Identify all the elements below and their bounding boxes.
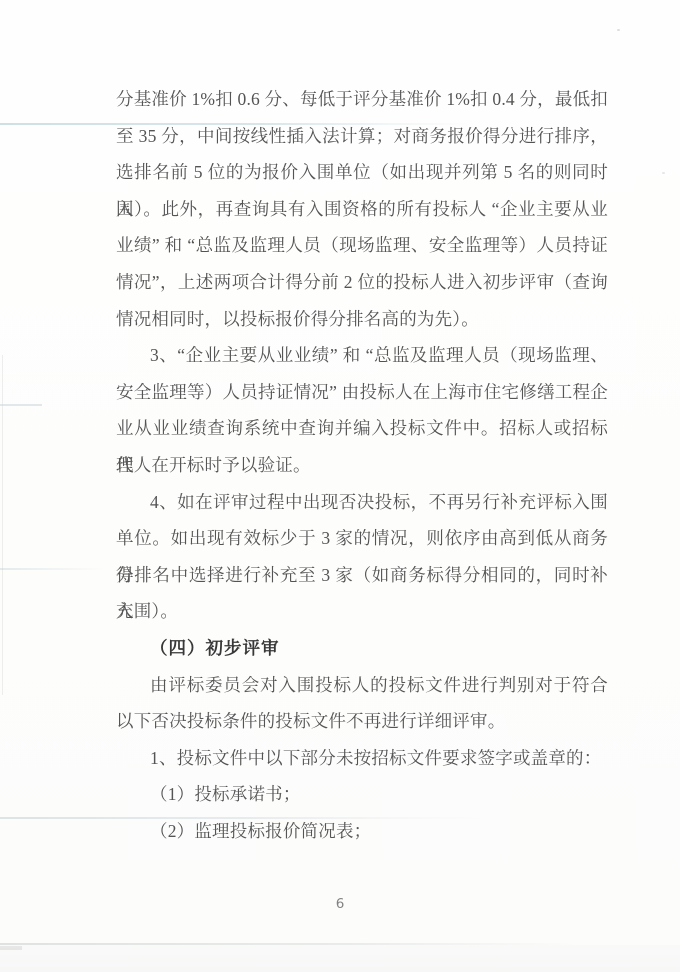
text-line: 单位。如出现有效标少于 3 家的情况，则依序由高到低从商务得 xyxy=(116,520,608,557)
text-line: 分基准价 1%扣 0.6 分、每低于评分基准价 1%扣 0.4 分，最低扣 xyxy=(116,81,608,118)
text-line: 业绩” 和 “总监及监理人员（现场监理、安全监理等）人员持证 xyxy=(116,227,608,264)
text-line: 由评标委员会对入围投标人的投标文件进行判别对于符合 xyxy=(116,667,608,704)
text-line: 入围）。 xyxy=(116,593,608,630)
scan-artifact-bottom-stub xyxy=(0,946,22,950)
scan-artifact-line-stub xyxy=(0,568,105,570)
text-line: 分排名中选择进行补充至 3 家（如商务标得分相同的，同时补充 xyxy=(116,557,608,594)
text-line: 1、投标文件中以下部分未按招标文件要求签字或盖章的： xyxy=(116,740,608,777)
text-line: 以下否决投标条件的投标文件不再进行详细评审。 xyxy=(116,703,608,740)
scan-artifact-left-edge xyxy=(2,355,3,695)
text-line: 3、“企业主要从业业绩” 和 “总监及监理人员（现场监理、 xyxy=(116,337,608,374)
text-line: 理人在开标时予以验证。 xyxy=(116,447,608,484)
scan-dust-speck xyxy=(617,29,620,31)
document-body: 分基准价 1%扣 0.6 分、每低于评分基准价 1%扣 0.4 分，最低扣 至 … xyxy=(116,81,608,849)
text-line: 至 35 分，中间按线性插入法计算；对商务报价得分进行排序， xyxy=(116,118,608,155)
scan-artifact-line-bottom xyxy=(0,943,580,945)
text-line: 情况”，上述两项合计得分前 2 位的投标人进入初步评审（查询 xyxy=(116,264,608,301)
text-line: 业从业业绩查询系统中查询并编入投标文件中。招标人或招标代 xyxy=(116,410,608,447)
text-line: （2）监理投标报价简况表； xyxy=(116,813,608,850)
document-page: 分基准价 1%扣 0.6 分、每低于评分基准价 1%扣 0.4 分，最低扣 至 … xyxy=(0,0,680,972)
text-line: 4、如在评审过程中出现否决投标，不再另行补充评标入围 xyxy=(116,484,608,521)
page-number: 6 xyxy=(0,896,680,912)
text-line: 选排名前 5 位的为报价入围单位（如出现并列第 5 名的则同时入 xyxy=(116,154,608,191)
text-line: 安全监理等）人员持证情况” 由投标人在上海市住宅修缮工程企 xyxy=(116,374,608,411)
text-line: 围）。此外，再查询具有入围资格的所有投标人 “企业主要从业 xyxy=(116,191,608,228)
scan-artifact-line-mid xyxy=(0,404,42,406)
section-heading: （四）初步评审 xyxy=(116,630,608,667)
text-line: （1）投标承诺书； xyxy=(116,776,608,813)
scan-dust-speck xyxy=(662,172,665,174)
text-line: 情况相同时，以投标报价得分排名高的为先）。 xyxy=(116,301,608,338)
scan-artifact-bottom-band xyxy=(0,945,680,972)
